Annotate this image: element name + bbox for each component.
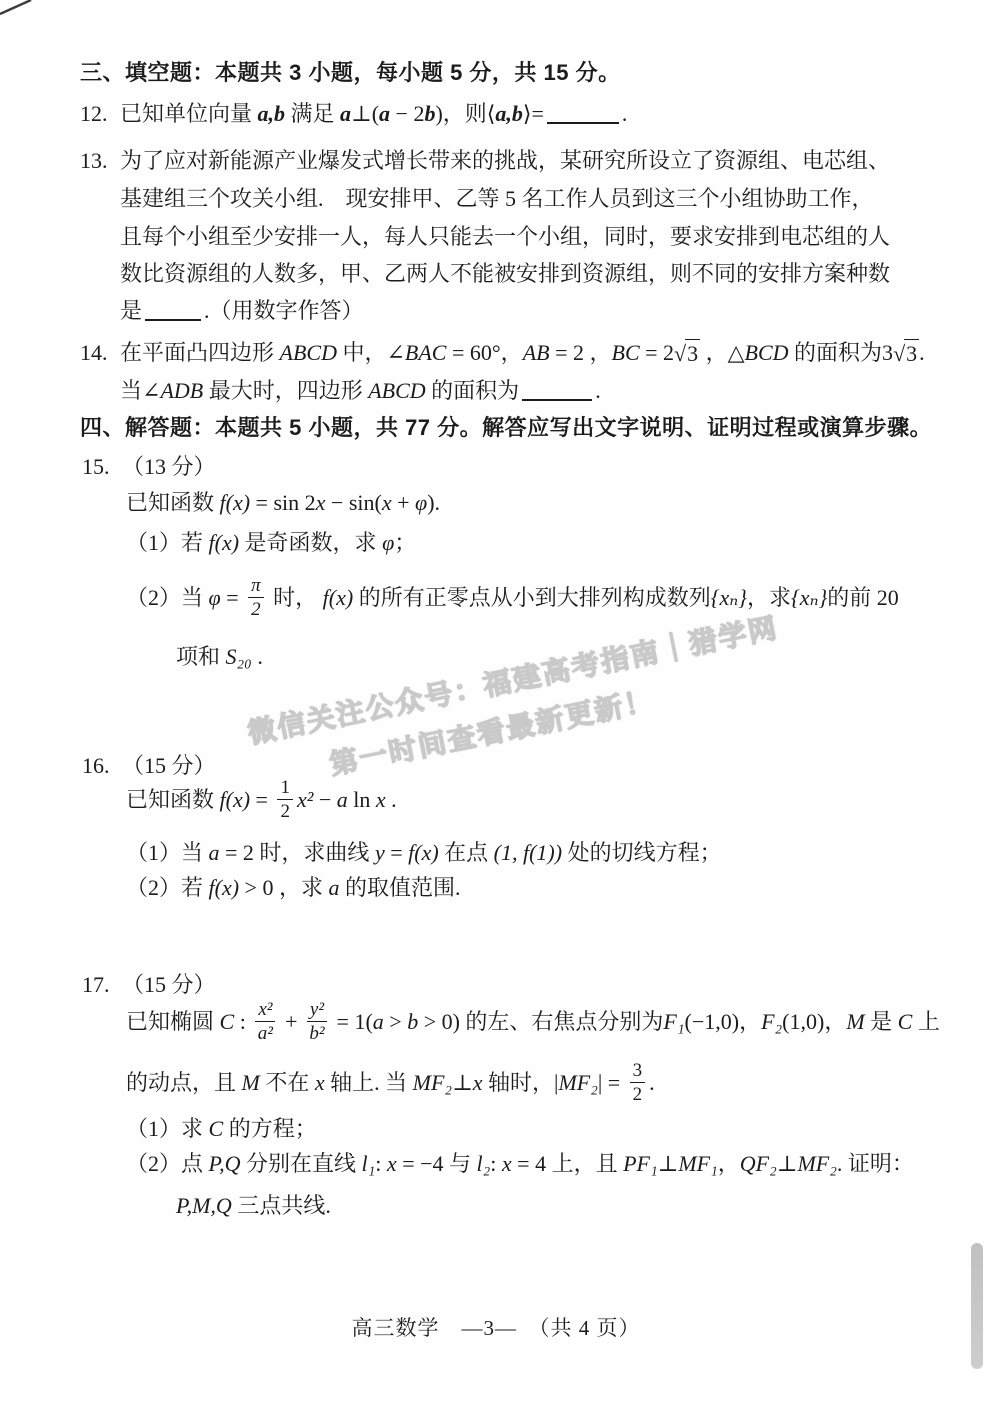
math-run: f(x) (323, 583, 354, 613)
text-run: . (919, 338, 925, 368)
math-run: φ (415, 488, 427, 518)
math-run: F₁ (663, 1007, 684, 1037)
text-run: = (250, 785, 273, 815)
math-run: a (328, 873, 339, 903)
fraction-numerator: x² (255, 999, 275, 1022)
answer-blank (145, 319, 201, 321)
text-run: . (649, 1068, 655, 1098)
text-run: ⊥ (658, 1149, 679, 1179)
math-run: a (340, 99, 351, 129)
text-run: : (234, 1007, 251, 1037)
math-run: x (473, 1068, 483, 1098)
text-run: 的方程； (223, 1114, 317, 1144)
radical-sign: √ (674, 340, 686, 368)
text-run: （13 分） (122, 452, 216, 482)
text-run: 且每个小组至少安排一人，每人只能去一个小组，同时，要求安排到电芯组的人 (120, 222, 890, 252)
math-run: {xₙ} (711, 583, 747, 613)
question-13-line-2: 基建组三个攻关小组. 现安排甲、乙等 5 名工作人员到这三个小组协助工作， (120, 184, 874, 214)
text-run: 在平面凸四边形 (120, 338, 280, 368)
question-13-line-4: 数比资源组的人数多，甲、乙两人不能被安排到资源组，则不同的安排方案种数 (120, 259, 890, 289)
text-run: = 2 ， (550, 338, 612, 368)
question-14-line-2: 当∠ADB 最大时，四边形 ABCD 的面积为. (120, 376, 601, 406)
fraction-denominator: a² (258, 1022, 273, 1045)
math-run: ADB (160, 376, 203, 406)
math-run: MF₁ (678, 1149, 717, 1179)
question-15-header: 15.（13 分） (82, 452, 216, 482)
fraction-numerator: y² (307, 999, 327, 1022)
text-run: 在点 (439, 838, 494, 868)
text-run: . 证明： (837, 1149, 914, 1179)
question-17-part-1: （1）求 C 的方程； (126, 1114, 317, 1144)
question-16-part-2: （2）若 f(x) > 0 ，求 a 的取值范围. (126, 873, 460, 903)
text-run: （2）点 (126, 1149, 209, 1179)
math-run: f(x) (408, 838, 439, 868)
text-run: = sin 2 (250, 488, 316, 518)
page-footer: 高三数学 —3— （共 4 页） (0, 1312, 992, 1342)
fraction: x²a² (255, 999, 275, 1045)
question-16-line-1: 已知函数 f(x) = 12x² − a ln x . (126, 777, 397, 823)
question-17-part-2: （2）点 P,Q 分别在直线 l₁: x = −4 与 l₂: x = 4 上，… (126, 1149, 914, 1179)
text-run: 已知椭圆 (126, 1007, 220, 1037)
math-run: a (373, 1007, 384, 1037)
math-run: F₂ (761, 1007, 782, 1037)
math-run: x (376, 785, 386, 815)
text-run: = 1( (331, 1007, 373, 1037)
text-run: 项和 (176, 642, 226, 672)
fraction: 12 (277, 777, 293, 823)
math-run: l₂ (477, 1149, 491, 1179)
radicand: 3 (685, 339, 700, 368)
fraction-numerator: 3 (630, 1060, 646, 1083)
math-run: l₁ (362, 1149, 376, 1179)
text-run: = 2 (640, 338, 674, 368)
question-number: 17. (82, 970, 122, 1000)
question-15-line-4: 项和 S₂₀ . (176, 642, 263, 672)
math-run: x² (297, 785, 313, 815)
question-17-line-2: 的动点，且 M 不在 x 轴上. 当 MF₂⊥x 轴时，|MF₂| = 32. (126, 1060, 655, 1106)
radical: √3 (893, 339, 919, 368)
text-run: 上 (912, 1007, 940, 1037)
math-run: AB (523, 338, 550, 368)
text-run: ⟩= (523, 99, 544, 129)
math-run: φ (209, 583, 221, 613)
math-run: x (502, 1149, 512, 1179)
text-run: 处的切线方程； (562, 838, 722, 868)
math-run: S₂₀ (226, 642, 252, 672)
math-run: M (846, 1007, 864, 1037)
question-15-line-1: 已知函数 f(x) = sin 2x − sin(x + φ). (126, 488, 440, 518)
math-run: x (316, 488, 326, 518)
text-run: − sin( (325, 488, 381, 518)
text-run: 的动点，且 (126, 1068, 242, 1098)
text-run: ⊥( (351, 99, 379, 129)
text-run: 三、填空题：本题共 3 小题，每小题 5 分，共 15 分。 (80, 58, 621, 88)
text-run: . (252, 642, 263, 672)
radical: √3 (674, 339, 700, 368)
math-run: a (209, 838, 220, 868)
fraction-denominator: b² (309, 1022, 324, 1045)
question-number: 12. (80, 99, 120, 129)
math-run: P,M,Q (176, 1191, 232, 1221)
text-run: （1）若 (126, 528, 209, 558)
text-run: （15 分） (122, 970, 216, 1000)
text-run: ⊥ (452, 1068, 473, 1098)
question-15-part-2: （2）当 φ = π2 时， f(x) 的所有正零点从小到大排列构成数列{xₙ}… (126, 575, 899, 621)
math-run: QF₂ (740, 1149, 777, 1179)
answer-blank (522, 399, 592, 401)
math-run: BCD (745, 338, 789, 368)
text-run: 的面积为3 (789, 338, 894, 368)
text-run: 的面积为 (426, 376, 520, 406)
math-run: f(x) (209, 528, 240, 558)
fraction: y²b² (307, 999, 327, 1045)
math-run: (1, f(1)) (494, 838, 562, 868)
text-run: 轴上. 当 (325, 1068, 413, 1098)
math-run: a (337, 785, 348, 815)
radical-sign: √ (893, 340, 905, 368)
text-run: > 0) 的左、右焦点分别为 (418, 1007, 663, 1037)
text-run: 不在 (260, 1068, 315, 1098)
text-run: ln (348, 785, 376, 815)
math-run: b (407, 1007, 418, 1037)
radicand: 3 (904, 339, 919, 368)
text-run: : (490, 1149, 502, 1179)
text-run: ， (718, 1149, 740, 1179)
math-run: a (379, 99, 390, 129)
text-run: .（用数字作答） (204, 296, 364, 326)
text-run: 时， (268, 583, 323, 613)
fraction-numerator: π (248, 575, 264, 598)
text-run: 四、解答题：本题共 5 小题，共 77 分。解答应写出文字说明、证明过程或演算步… (80, 413, 932, 443)
text-run: (1,0)， (782, 1007, 846, 1037)
math-run: x (387, 1149, 397, 1179)
math-run: C (220, 1007, 235, 1037)
text-run: 数比资源组的人数多，甲、乙两人不能被安排到资源组，则不同的安排方案种数 (120, 259, 890, 289)
fraction-denominator: 2 (280, 800, 290, 823)
math-run: f(x) (220, 488, 251, 518)
math-run: MF₂ (413, 1068, 452, 1098)
math-run: f(x) (209, 873, 240, 903)
math-run: M (242, 1068, 260, 1098)
text-run: ，求 (747, 583, 791, 613)
exam-page: 三、填空题：本题共 3 小题，每小题 5 分，共 15 分。 12.已知单位向量… (0, 0, 992, 1403)
text-run: 三点共线. (232, 1191, 331, 1221)
text-run: = (385, 838, 408, 868)
text-run: ⊥ (777, 1149, 798, 1179)
text-run: （1）当 (126, 838, 209, 868)
math-run: ABCD (280, 338, 337, 368)
section-3-heading: 三、填空题：本题共 3 小题，每小题 5 分，共 15 分。 (80, 58, 621, 88)
math-run: x (382, 488, 392, 518)
text-run: + (279, 1007, 302, 1037)
text-run: （2）当 (126, 583, 209, 613)
text-run: = (221, 583, 244, 613)
text-run: = 60°， (446, 338, 522, 368)
math-run: b (424, 99, 435, 129)
question-number: 15. (82, 452, 122, 482)
text-run: : (375, 1149, 387, 1179)
question-17-line-1: 已知椭圆 C : x²a² + y²b² = 1(a > b > 0) 的左、右… (126, 999, 940, 1045)
text-run: 已知函数 (126, 488, 220, 518)
question-13-line-3: 且每个小组至少安排一人，每人只能去一个小组，同时，要求安排到电芯组的人 (120, 222, 890, 252)
fraction: 32 (630, 1060, 646, 1106)
text-run: 基建组三个攻关小组. 现安排甲、乙等 5 名工作人员到这三个小组协助工作， (120, 184, 874, 214)
text-run: 是 (120, 296, 142, 326)
scrollbar-thumb[interactable] (971, 1243, 983, 1369)
math-run: {xₙ} (791, 583, 827, 613)
fraction-denominator: 2 (633, 1083, 643, 1106)
math-run: φ (382, 528, 394, 558)
text-run: − 2 (390, 99, 424, 129)
math-run: x (315, 1068, 325, 1098)
text-run: （1）求 (126, 1114, 209, 1144)
question-number: 13. (80, 146, 120, 176)
text-run: 是 (865, 1007, 898, 1037)
text-run: = 4 上，且 (512, 1149, 623, 1179)
question-16-part-1: （1）当 a = 2 时，求曲线 y = f(x) 在点 (1, f(1)) 处… (126, 838, 722, 868)
text-run: . (595, 376, 601, 406)
math-run: BAC (405, 338, 447, 368)
text-run: 的前 20 (827, 583, 899, 613)
fraction: π2 (248, 575, 264, 621)
text-run: 的取值范围. (339, 873, 460, 903)
text-run: 最大时，四边形 (203, 376, 368, 406)
text-run: + (392, 488, 415, 518)
text-run: 当∠ (120, 376, 160, 406)
text-run: 是奇函数，求 (239, 528, 382, 558)
text-run: . (622, 99, 628, 129)
text-run: 满足 (285, 99, 340, 129)
text-run: 中，∠ (337, 338, 405, 368)
text-run: 轴时，| (483, 1068, 559, 1098)
question-13-line-1: 13.为了应对新能源产业爆发式增长带来的挑战，某研究所设立了资源组、电芯组、 (80, 146, 890, 176)
text-run: 的所有正零点从小到大排列构成数列 (353, 583, 711, 613)
text-run: . (386, 785, 397, 815)
math-run: BC (612, 338, 640, 368)
text-run: = −4 与 (397, 1149, 477, 1179)
text-run: = 2 时，求曲线 (220, 838, 375, 868)
section-4-heading: 四、解答题：本题共 5 小题，共 77 分。解答应写出文字说明、证明过程或演算步… (80, 413, 932, 443)
question-12-line: 12.已知单位向量 a,b 满足 a⊥(a − 2b)，则⟨a,b⟩=. (80, 99, 627, 129)
text-run: 分别在直线 (241, 1149, 362, 1179)
question-number: 16. (82, 751, 122, 781)
math-run: P,Q (209, 1149, 241, 1179)
text-run: 已知单位向量 (120, 99, 258, 129)
math-run: y (375, 838, 385, 868)
text-run: ，△ (700, 338, 744, 368)
question-13-line-5: 是.（用数字作答） (120, 296, 364, 326)
question-17-header: 17.（15 分） (82, 970, 216, 1000)
math-run: a,b (258, 99, 286, 129)
math-run: PF₁ (623, 1149, 658, 1179)
fraction-numerator: 1 (277, 777, 293, 800)
question-number: 14. (80, 338, 120, 368)
fraction-denominator: 2 (251, 598, 261, 621)
math-run: a,b (495, 99, 523, 129)
math-run: ABCD (368, 376, 425, 406)
text-run: | = (598, 1068, 626, 1098)
math-run: C (209, 1114, 224, 1144)
text-run: （2）若 (126, 873, 209, 903)
text-run: 为了应对新能源产业爆发式增长带来的挑战，某研究所设立了资源组、电芯组、 (120, 146, 890, 176)
math-run: MF₂ (797, 1149, 836, 1179)
math-run: MF₂ (558, 1068, 597, 1098)
math-run: C (898, 1007, 913, 1037)
text-run: )，则⟨ (435, 99, 495, 129)
question-17-line-5: P,M,Q 三点共线. (176, 1191, 331, 1221)
text-run: > 0 ，求 (239, 873, 328, 903)
page-corner-artifact (0, 0, 44, 22)
text-run: 已知函数 (126, 785, 220, 815)
question-14-line-1: 14.在平面凸四边形 ABCD 中，∠BAC = 60°，AB = 2 ，BC … (80, 338, 925, 368)
text-run: − (313, 785, 336, 815)
text-run: (−1,0)， (685, 1007, 762, 1037)
text-run: ). (427, 488, 440, 518)
math-run: f(x) (220, 785, 251, 815)
text-run: > (384, 1007, 407, 1037)
question-15-part-1: （1）若 f(x) 是奇函数，求 φ； (126, 528, 416, 558)
answer-blank (547, 122, 619, 124)
text-run: ； (394, 528, 416, 558)
